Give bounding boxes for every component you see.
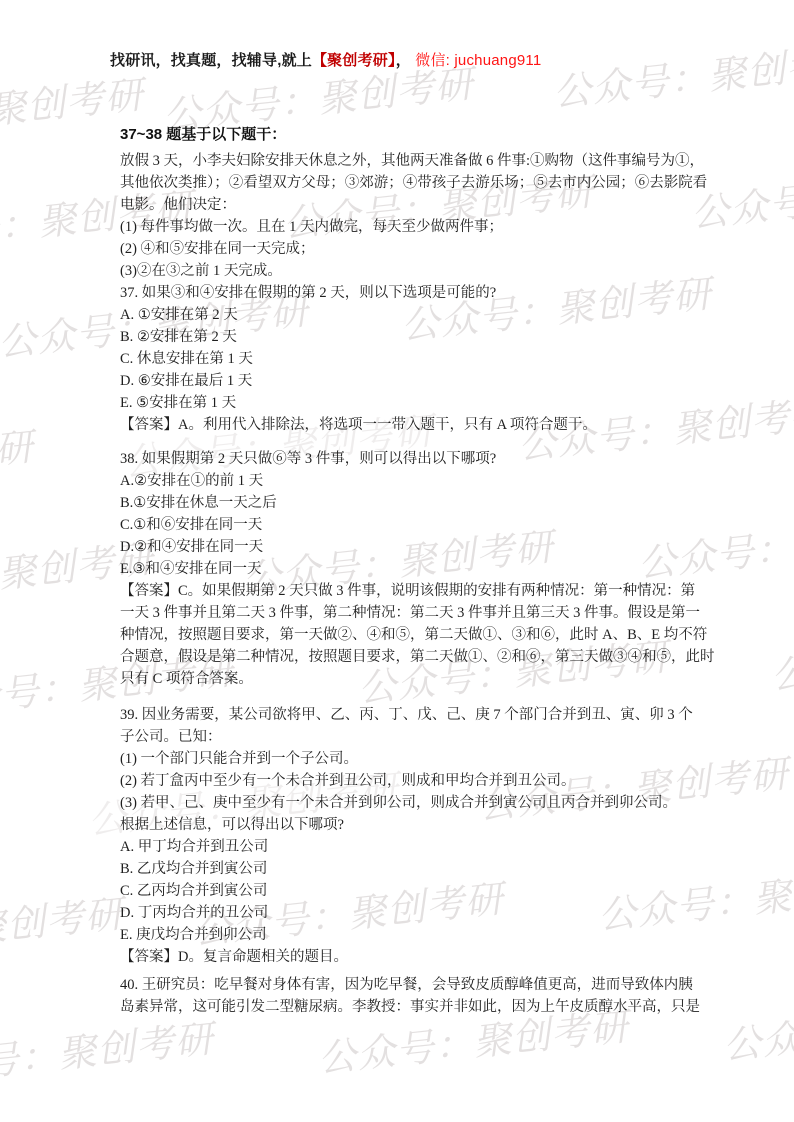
watermark-text: 公众号：聚创考研 — [0, 882, 126, 969]
question-blocks: 放假 3 天，小李夫妇除安排天休息之外，其他两天准备做 6 件事:①购物（这件事… — [120, 150, 692, 1018]
watermark-text: 公众号：聚创考研 — [0, 1007, 216, 1094]
text-line: B. ②安排在第 2 天 — [120, 326, 692, 348]
text-line: B. 乙戊均合并到寅公司 — [120, 858, 692, 880]
text-line: C. 休息安排在第 1 天 — [120, 348, 692, 370]
text-line: (2) 若丁盒丙中至少有一个未合并到丑公司，则成和甲均合并到丑公司。 — [120, 770, 692, 792]
text-line: 其他依次类推）；②看望双方父母；③郊游；④带孩子去游乐场；⑤去市内公园；⑥去影院… — [120, 172, 692, 194]
text-line: 种情况，按照题目要求，第一天做②、④和⑤，第二天做①、③和⑥，此时 A、B、E … — [120, 624, 692, 646]
text-line: 放假 3 天，小李夫妇除安排天休息之外，其他两天准备做 6 件事:①购物（这件事… — [120, 150, 692, 172]
text-block: 38. 如果假期第 2 天只做⑥等 3 件事，则可以得出以下哪项?A.②安排在①… — [120, 448, 692, 690]
watermark-text: 公众号：聚创考研 — [0, 415, 36, 502]
text-line: 根据上述信息，可以得出以下哪项? — [120, 814, 692, 836]
text-line: D.②和④安排在同一天 — [120, 536, 692, 558]
text-line: D. 丁丙均合并的丑公司 — [120, 902, 692, 924]
document-page: 公众号：聚创考研公众号：聚创考研公众号：聚创考研公众号：聚创考研公众号：聚创考研… — [0, 0, 794, 1122]
watermark-text: 公众号：聚创考研 — [768, 612, 794, 699]
page-header: 找研讯，找真题，找辅导,就上【聚创考研】， 微信: juchuang911 — [110, 49, 541, 70]
text-line: 37. 如果③和④安排在假期的第 2 天，则以下选项是可能的? — [120, 282, 692, 304]
text-line: (2) ④和⑤安排在同一天完成； — [120, 238, 692, 260]
text-line: 40. 王研究员：吃早餐对身体有害，因为吃早餐，会导致皮质醇峰值更高，进而导致体… — [120, 974, 692, 996]
text-line: 岛素异常，这可能引发二型糖尿病。李教授：事实并非如此，因为上午皮质醇水平高，只是 — [120, 996, 692, 1018]
header-brand: 【聚创考研】 — [312, 52, 396, 69]
header-wechat: 微信: juchuang911 — [415, 52, 541, 69]
text-line: C.①和⑥安排在同一天 — [120, 514, 692, 536]
text-line: E. 庚戊均合并到卯公司 — [120, 924, 692, 946]
watermark-text: 公众号：聚创考研 — [550, 29, 794, 116]
text-line: 只有 C 项符合答案。 — [120, 668, 692, 690]
text-line: 合题意，假设是第二种情况，按照题目要求，第二天做①、②和⑥，第三天做③④和⑤，此… — [120, 646, 692, 668]
text-line: 【答案】A。利用代入排除法，将选项一一带入题干，只有 A 项符合题干。 — [120, 414, 692, 436]
text-line: (3)②在③之前 1 天完成。 — [120, 260, 692, 282]
header-separator: ， — [396, 52, 411, 69]
text-line: C. 乙丙均合并到寅公司 — [120, 880, 692, 902]
text-line: 38. 如果假期第 2 天只做⑥等 3 件事，则可以得出以下哪项? — [120, 448, 692, 470]
text-line: D. ⑥安排在最后 1 天 — [120, 370, 692, 392]
text-line: (1) 每件事均做一次。且在 1 天内做完，每天至少做两件事； — [120, 216, 692, 238]
text-line: (1) 一个部门只能合并到一个子公司。 — [120, 748, 692, 770]
text-block: 39. 因业务需要，某公司欲将甲、乙、丙、丁、戊、己、庚 7 个部门合并到丑、寅… — [120, 704, 692, 968]
text-line: 子公司。已知： — [120, 726, 692, 748]
text-line: A.②安排在①的前 1 天 — [120, 470, 692, 492]
text-line: E.③和④安排在同一天 — [120, 558, 692, 580]
text-line: 39. 因业务需要，某公司欲将甲、乙、丙、丁、戊、己、庚 7 个部门合并到丑、寅… — [120, 704, 692, 726]
content-column: 37~38 题基于以下题干： 放假 3 天，小李夫妇除安排天休息之外，其他两天准… — [120, 124, 692, 1018]
text-line: 一天 3 件事并且第二天 3 件事，第二种情况：第二天 3 件事并且第三天 3 … — [120, 602, 692, 624]
header-text: 找研讯，找真题，找辅导,就上 — [110, 52, 312, 69]
text-line: A. 甲丁均合并到丑公司 — [120, 836, 692, 858]
watermark-text: 公众号：聚创考研 — [720, 982, 794, 1069]
text-line: A. ①安排在第 2 天 — [120, 304, 692, 326]
text-line: E. ⑤安排在第 1 天 — [120, 392, 692, 414]
text-block: 放假 3 天，小李夫妇除安排天休息之外，其他两天准备做 6 件事:①购物（这件事… — [120, 150, 692, 436]
section-title: 37~38 题基于以下题干： — [120, 124, 692, 146]
text-line: 【答案】D。复言命题相关的题目。 — [120, 946, 692, 968]
text-line: 【答案】C。如果假期第 2 天只做 3 件事，说明该假期的安排有两种情况：第一种… — [120, 580, 692, 602]
text-line: (3) 若甲、己、庚中至少有一个未合并到卯公司，则成合并到寅公司且丙合并到卯公司… — [120, 792, 692, 814]
text-line: 电影。他们决定： — [120, 194, 692, 216]
text-block: 40. 王研究员：吃早餐对身体有害，因为吃早餐，会导致皮质醇峰值更高，进而导致体… — [120, 974, 692, 1018]
text-line: B.①安排在休息一天之后 — [120, 492, 692, 514]
